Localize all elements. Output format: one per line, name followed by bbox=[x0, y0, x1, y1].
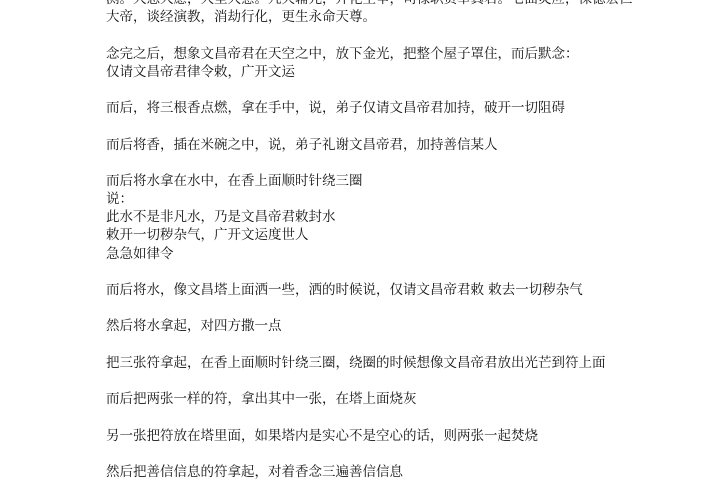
text-line: 大帝，谈经演教，消劫行化，更生永命天尊。 bbox=[106, 8, 666, 26]
text-line: 然后把善信信息的符拿起，对着香念三遍善信信息 bbox=[106, 463, 666, 481]
text-line: 急急如律令 bbox=[106, 245, 666, 263]
text-line: 而后把两张一样的符，拿出其中一张，在塔上面烧灰 bbox=[106, 390, 666, 408]
text-line: 而后，将三根香点燃，拿在手中，说，弟子仅请文昌帝君加持，破开一切阻碍 bbox=[106, 99, 666, 117]
blank-line bbox=[106, 26, 666, 44]
document-page: 测。大悲大愿，大圣大慈。九天辅元，开化主宰，司禄职贡举真君。七曲灵应，保德宏仁 … bbox=[106, 0, 666, 481]
blank-line bbox=[106, 372, 666, 390]
blank-line bbox=[106, 117, 666, 135]
text-line: 而后将香，插在米碗之中，说，弟子礼谢文昌帝君，加持善信某人 bbox=[106, 136, 666, 154]
blank-line bbox=[106, 299, 666, 317]
text-line: 另一张把符放在塔里面，如果塔内是实心不是空心的话，则两张一起焚烧 bbox=[106, 427, 666, 445]
text-line: 仅请文昌帝君律令敕，广开文运 bbox=[106, 63, 666, 81]
blank-line bbox=[106, 336, 666, 354]
text-line: 然后将水拿起，对四方撒一点 bbox=[106, 317, 666, 335]
blank-line bbox=[106, 154, 666, 172]
text-line: 测。大悲大愿，大圣大慈。九天辅元，开化主宰，司禄职贡举真君。七曲灵应，保德宏仁 bbox=[106, 0, 666, 8]
text-line: 把三张符拿起，在香上面顺时针绕三圈，绕圈的时候想像文昌帝君放出光芒到符上面 bbox=[106, 354, 666, 372]
text-line: 敕开一切秽杂气，广开文运度世人 bbox=[106, 226, 666, 244]
blank-line bbox=[106, 408, 666, 426]
text-line: 而后将水拿在水中，在香上面顺时针绕三圈 bbox=[106, 172, 666, 190]
text-line: 说： bbox=[106, 190, 666, 208]
text-line: 此水不是非凡水，乃是文昌帝君敕封水 bbox=[106, 208, 666, 226]
text-line: 而后将水，像文昌塔上面洒一些，洒的时候说，仅请文昌帝君敕 敕去一切秽杂气 bbox=[106, 281, 666, 299]
blank-line bbox=[106, 81, 666, 99]
blank-line bbox=[106, 263, 666, 281]
blank-line bbox=[106, 445, 666, 463]
text-line: 念完之后，想象文昌帝君在天空之中，放下金光，把整个屋子罩住，而后默念： bbox=[106, 45, 666, 63]
